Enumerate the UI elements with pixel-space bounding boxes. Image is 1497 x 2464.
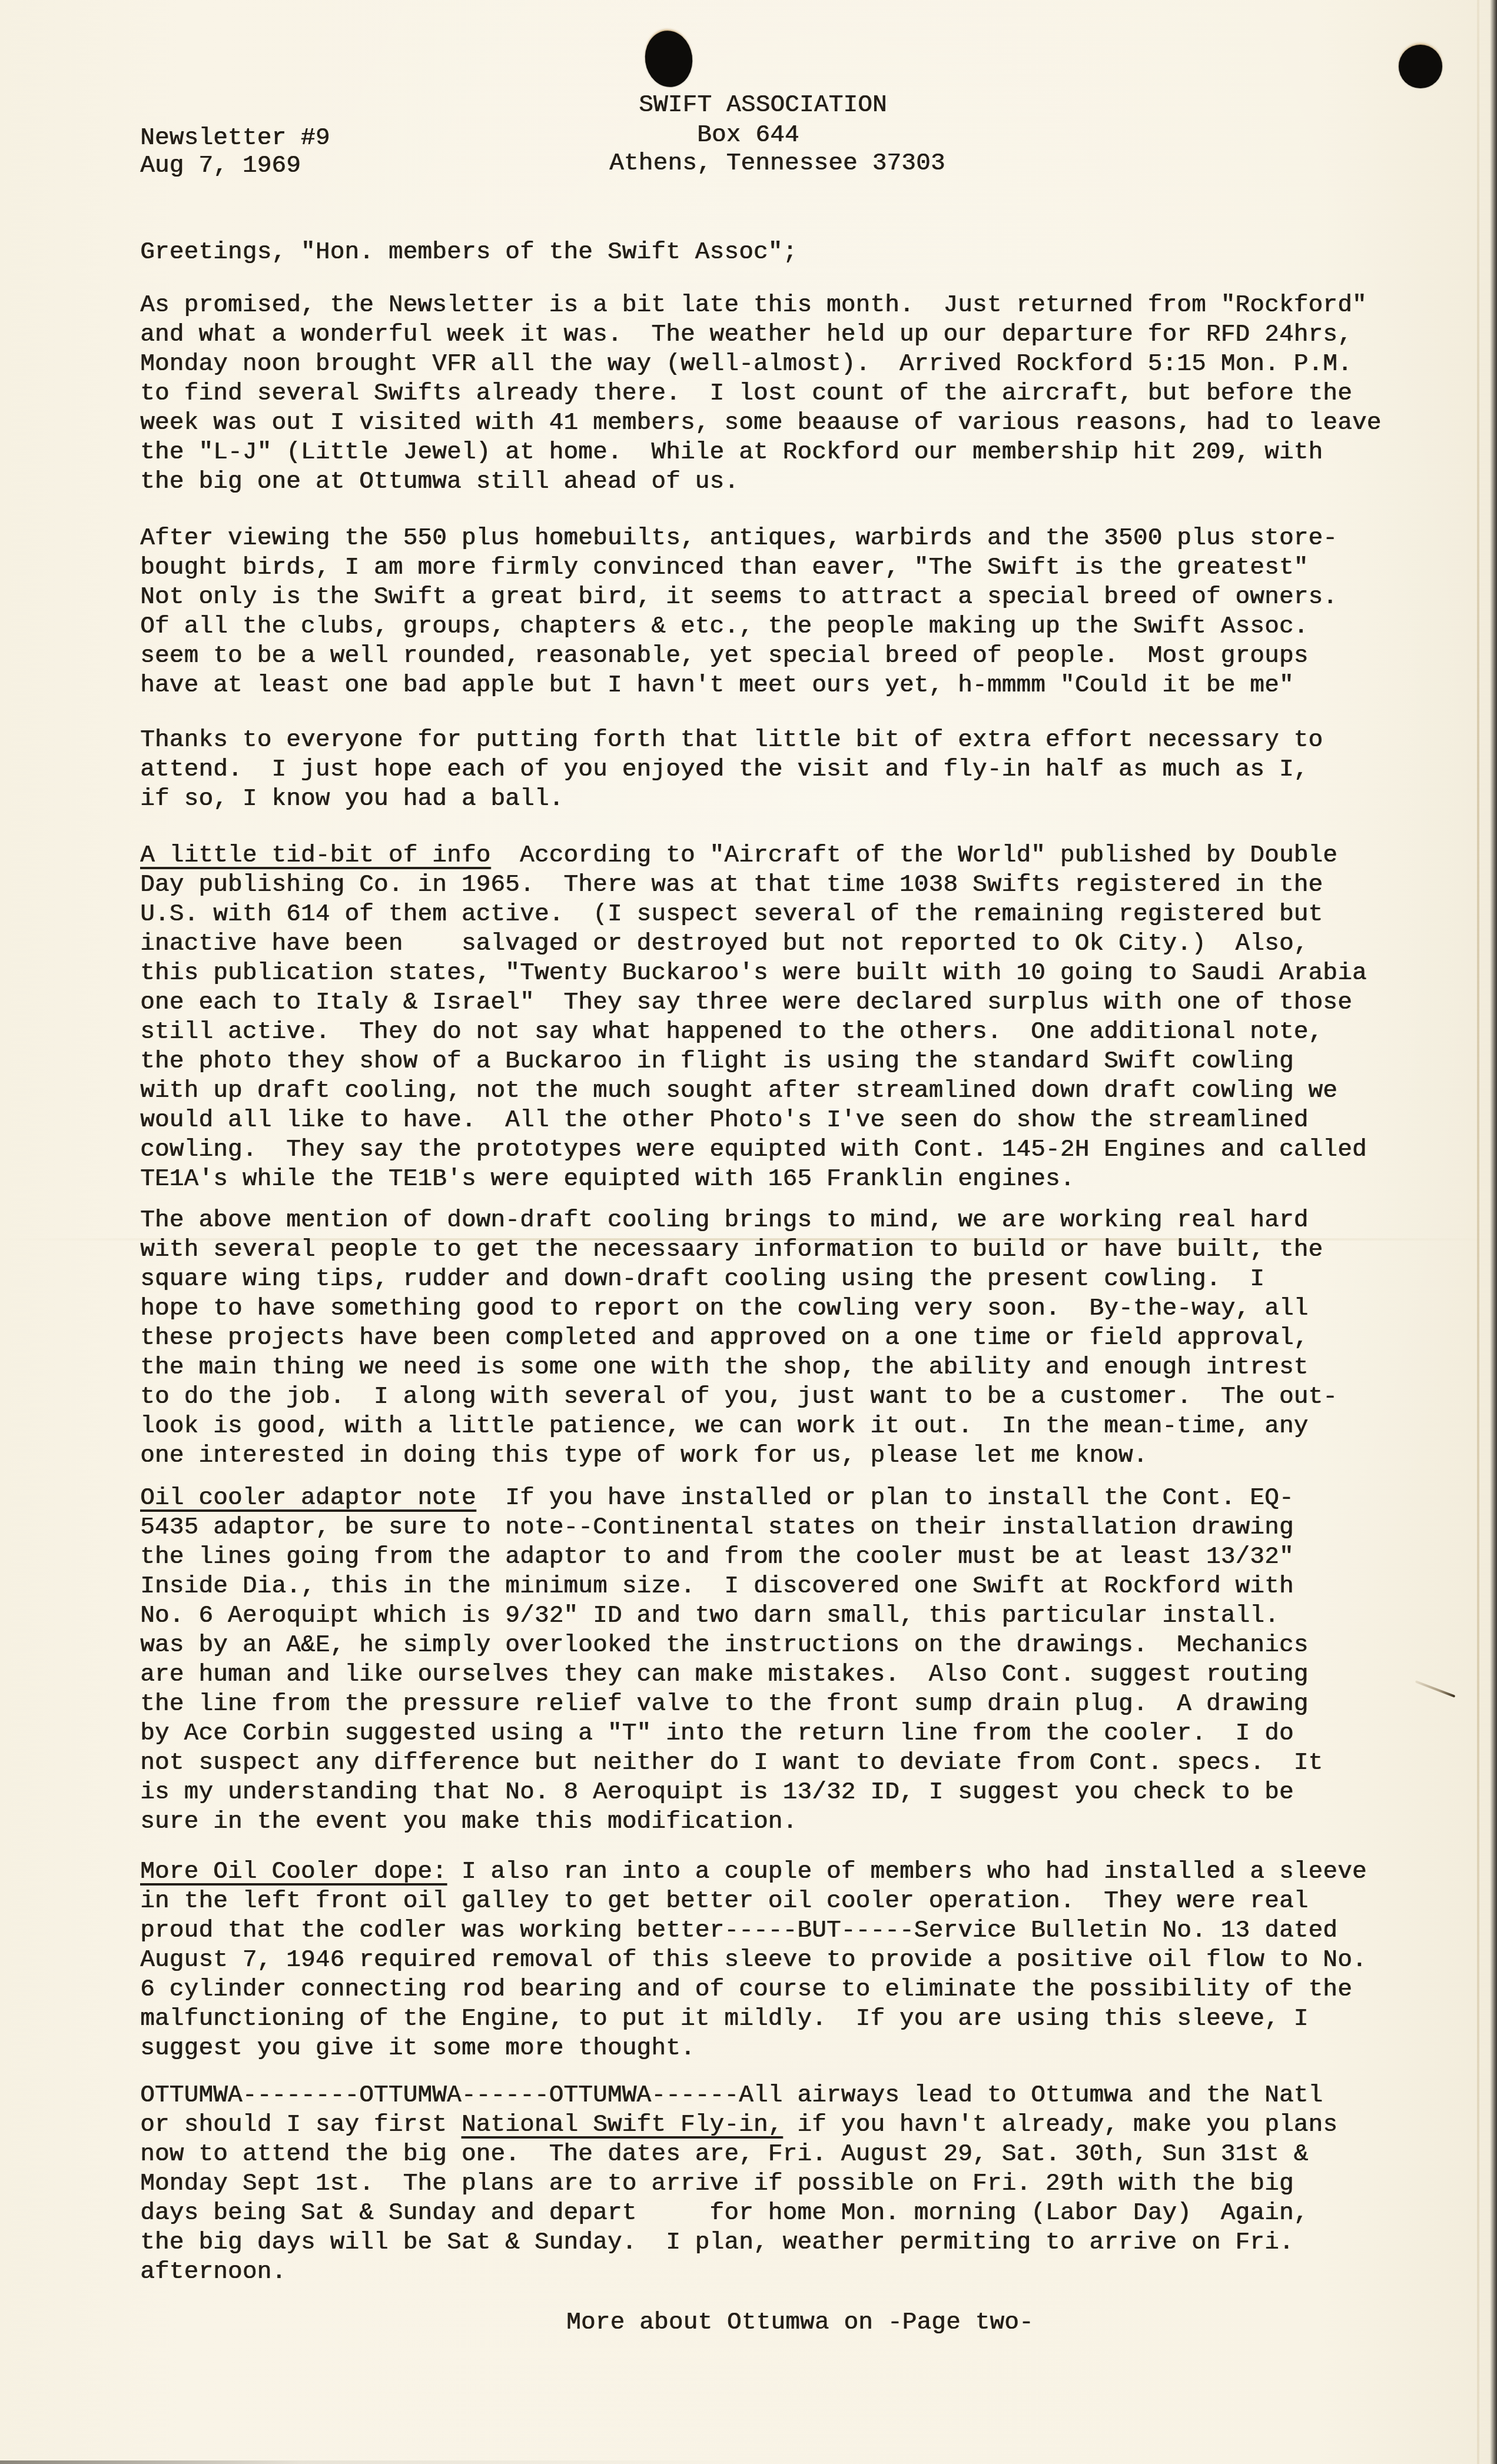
adaptor-body: If you have installed or plan to install…	[140, 1485, 1323, 1835]
paragraph-tidbit-info: A little tid-bit of info According to "A…	[140, 841, 1367, 1194]
newsletter-page-scan: Newsletter #9 Aug 7, 1969 SWIFT ASSOCIAT…	[0, 0, 1497, 2464]
footer-continuation-note: More about Ottumwa on -Page two-	[566, 2308, 1034, 2337]
tidbit-body: According to "Aircraft of the World" pub…	[140, 842, 1367, 1193]
paragraph-oil-cooler-adaptor: Oil cooler adaptor note If you have inst…	[140, 1484, 1323, 1837]
adaptor-heading: Oil cooler adaptor note	[140, 1485, 476, 1512]
greeting-line: Greetings, "Hon. members of the Swift As…	[140, 238, 797, 267]
newsletter-date: Aug 7, 1969	[140, 151, 301, 181]
paragraph-oil-cooler-dope: More Oil Cooler dope: I also ran into a …	[140, 1857, 1367, 2063]
organization-name: SWIFT ASSOCIATION	[639, 91, 887, 120]
hole-punch-top-right-icon	[1399, 45, 1442, 88]
paragraph-after-viewing: After viewing the 550 plus homebuilts, a…	[140, 524, 1337, 700]
paragraph-rockford-trip: As promised, the Newsletter is a bit lat…	[140, 291, 1381, 497]
organization-city-state-zip: Athens, Tennessee 37303	[609, 149, 945, 178]
dope-heading: More Oil Cooler dope:	[140, 1858, 447, 1886]
paragraph-cowling-projects: The above mention of down-draft cooling …	[140, 1206, 1337, 1471]
paper-edge-shadow	[1490, 0, 1497, 2464]
organization-po-box: Box 644	[697, 121, 799, 150]
paragraph-ottumwa-flyin: OTTUMWA--------OTTUMWA------OTTUMWA-----…	[140, 2081, 1337, 2287]
paper-edge-line	[1477, 0, 1479, 2464]
tidbit-heading: A little tid-bit of info	[140, 842, 490, 869]
paragraph-thanks: Thanks to everyone for putting forth tha…	[140, 726, 1323, 814]
pen-scratch-mark	[1415, 1680, 1456, 1698]
ottumwa-underlined-phrase: National Swift Fly-in,	[462, 2111, 783, 2139]
hole-punch-top-center-icon	[642, 28, 696, 90]
newsletter-number: Newsletter #9	[140, 124, 330, 153]
dope-body: I also ran into a couple of members who …	[140, 1858, 1367, 2062]
paper-bottom-shadow	[0, 2460, 1497, 2464]
